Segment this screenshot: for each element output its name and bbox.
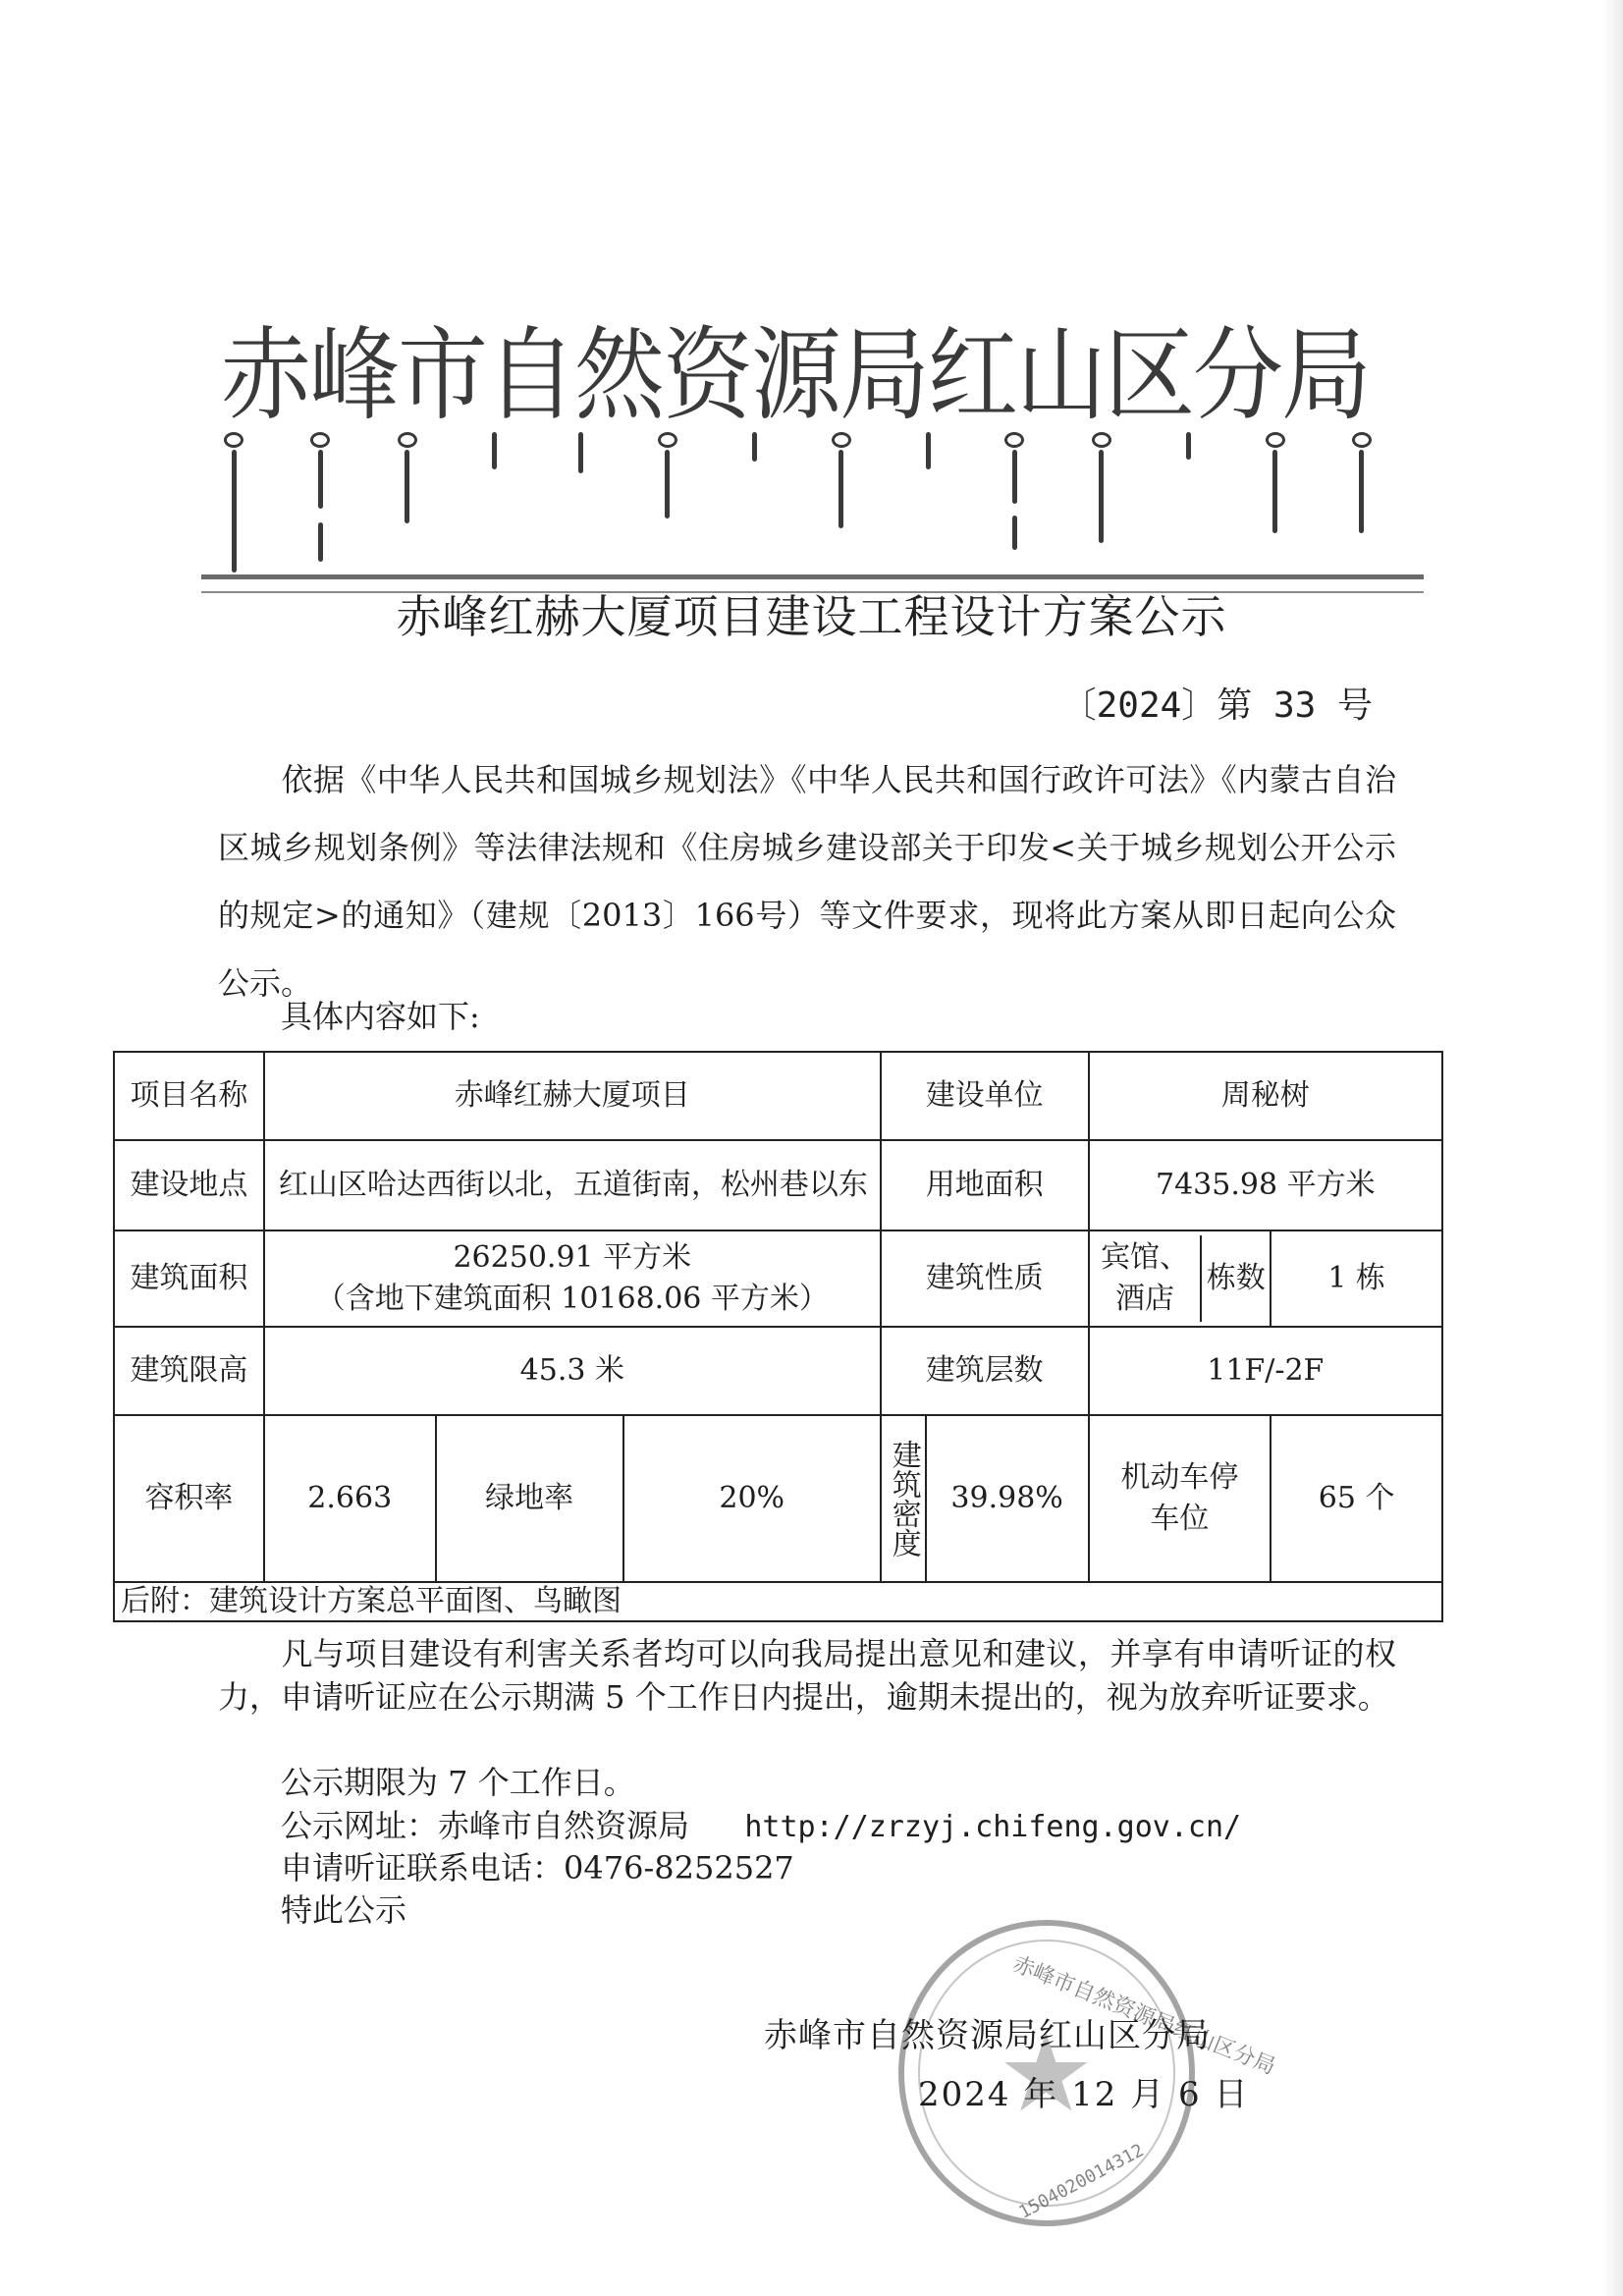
mongolian-word bbox=[1001, 432, 1027, 579]
objection-text: 凡与项目建设有利害关系者均可以向我局提出意见和建议，并享有申请听证的权力，申请听… bbox=[218, 1635, 1396, 1716]
table-row: 项目名称 赤峰红赫大厦项目 建设单位 周秘树 bbox=[114, 1052, 1442, 1140]
parking-label: 机动车停车位 bbox=[1089, 1415, 1271, 1582]
signature-date: 2024 年 12 月 6 日 bbox=[918, 2067, 1249, 2115]
location-label: 建设地点 bbox=[114, 1140, 264, 1230]
table-row: 建设地点 红山区哈达西街以北，五道街南，松州巷以东 用地面积 7435.98 平… bbox=[114, 1140, 1442, 1230]
height-limit-label: 建筑限高 bbox=[114, 1327, 264, 1415]
far-value: 2.663 bbox=[264, 1415, 436, 1582]
signature-org: 赤峰市自然资源局红山区分局 bbox=[764, 2008, 1211, 2056]
closing-line: 特此公示 bbox=[281, 1886, 406, 1931]
mongolian-word bbox=[568, 432, 594, 579]
mongolian-word bbox=[481, 432, 507, 579]
nature-subtable: 宾馆、酒店 栋数 bbox=[1090, 1235, 1271, 1322]
project-info-table: 项目名称 赤峰红赫大厦项目 建设单位 周秘树 建设地点 红山区哈达西街以北，五道… bbox=[113, 1051, 1443, 1622]
phone-label: 申请听证联系电话： bbox=[281, 1849, 564, 1886]
document-number: 〔2024〕第 33 号 bbox=[1061, 678, 1373, 728]
floors-value: 11F/-2F bbox=[1089, 1327, 1442, 1415]
floor-area-total: 26250.91 平方米 bbox=[269, 1237, 876, 1279]
website-label: 公示网址：赤峰市自然资源局 bbox=[281, 1807, 689, 1844]
location-value: 红山区哈达西街以北，五道街南，松州巷以东 bbox=[264, 1140, 881, 1230]
builder-label: 建设单位 bbox=[881, 1052, 1089, 1140]
mongolian-word bbox=[1263, 432, 1288, 579]
phone-number: 0476-8252527 bbox=[564, 1849, 794, 1886]
table-row: 容积率 2.663 绿地率 20% 建筑密度 39.98% 机动车停车位 65 … bbox=[114, 1415, 1442, 1582]
mongolian-word bbox=[829, 432, 854, 579]
floor-area-underground: （含地下建筑面积 10168.06 平方米） bbox=[269, 1279, 876, 1320]
mongolian-word bbox=[741, 432, 767, 579]
document-title: 赤峰红赫大厦项目建设工程设计方案公示 bbox=[0, 581, 1623, 646]
table-row: 建筑面积 26250.91 平方米 （含地下建筑面积 10168.06 平方米）… bbox=[114, 1230, 1442, 1327]
mongolian-word bbox=[395, 432, 420, 579]
height-limit-value: 45.3 米 bbox=[264, 1327, 881, 1415]
mongolian-word bbox=[915, 432, 941, 579]
green-ratio-value: 20% bbox=[623, 1415, 881, 1582]
scan-edge-shadow bbox=[1601, 0, 1623, 2296]
project-name-label: 项目名称 bbox=[114, 1052, 264, 1140]
floor-area-value: 26250.91 平方米 （含地下建筑面积 10168.06 平方米） bbox=[264, 1230, 881, 1327]
land-area-label: 用地面积 bbox=[881, 1140, 1089, 1230]
building-nature-value: 宾馆、酒店 栋数 bbox=[1089, 1230, 1271, 1327]
objection-paragraph: 凡与项目建设有利害关系者均可以向我局提出意见和建议，并享有申请听证的权力，申请听… bbox=[218, 1632, 1396, 1719]
far-label: 容积率 bbox=[114, 1415, 264, 1582]
mongolian-word bbox=[1089, 432, 1114, 579]
mongolian-word bbox=[1175, 432, 1201, 579]
project-name-value: 赤峰红赫大厦项目 bbox=[264, 1052, 881, 1140]
building-nature-text: 宾馆、酒店 bbox=[1090, 1235, 1202, 1322]
floors-label: 建筑层数 bbox=[881, 1327, 1089, 1415]
details-lead: 具体内容如下: bbox=[281, 992, 480, 1037]
website-line: 公示网址：赤峰市自然资源局 http://zrzyj.chifeng.gov.c… bbox=[281, 1801, 1241, 1846]
publicity-period: 公示期限为 7 个工作日。 bbox=[281, 1758, 635, 1803]
building-nature-label: 建筑性质 bbox=[881, 1230, 1089, 1327]
density-value: 39.98% bbox=[926, 1415, 1089, 1582]
builder-value: 周秘树 bbox=[1089, 1052, 1442, 1140]
attachment-note: 后附：建筑设计方案总平面图、鸟瞰图 bbox=[114, 1582, 1442, 1621]
mongolian-word bbox=[655, 432, 680, 579]
org-letterhead-title: 赤峰市自然资源局红山区分局 bbox=[221, 295, 1380, 440]
density-label: 建筑密度 bbox=[881, 1415, 926, 1582]
phone-line: 申请听证联系电话：0476-8252527 bbox=[281, 1843, 794, 1888]
intro-paragraph: 依据《中华人民共和国城乡规划法》《中华人民共和国行政许可法》《内蒙古自治区城乡规… bbox=[218, 746, 1396, 1017]
building-count-value: 1 栋 bbox=[1271, 1230, 1442, 1327]
website-link[interactable]: http://zrzyj.chifeng.gov.cn/ bbox=[744, 1810, 1241, 1844]
table-row: 后附：建筑设计方案总平面图、鸟瞰图 bbox=[114, 1582, 1442, 1621]
mongolian-word bbox=[1349, 432, 1375, 579]
floor-area-label: 建筑面积 bbox=[114, 1230, 264, 1327]
green-ratio-label: 绿地率 bbox=[436, 1415, 623, 1582]
table-row: 建筑限高 45.3 米 建筑层数 11F/-2F bbox=[114, 1327, 1442, 1415]
mongolian-word bbox=[221, 432, 246, 579]
building-count-label: 栋数 bbox=[1201, 1235, 1270, 1322]
land-area-value: 7435.98 平方米 bbox=[1089, 1140, 1442, 1230]
intro-text: 依据《中华人民共和国城乡规划法》《中华人民共和国行政许可法》《内蒙古自治区城乡规… bbox=[218, 761, 1396, 1002]
parking-value: 65 个 bbox=[1271, 1415, 1442, 1582]
mongolian-word bbox=[307, 432, 333, 579]
mongolian-script-subtitle bbox=[221, 432, 1375, 579]
